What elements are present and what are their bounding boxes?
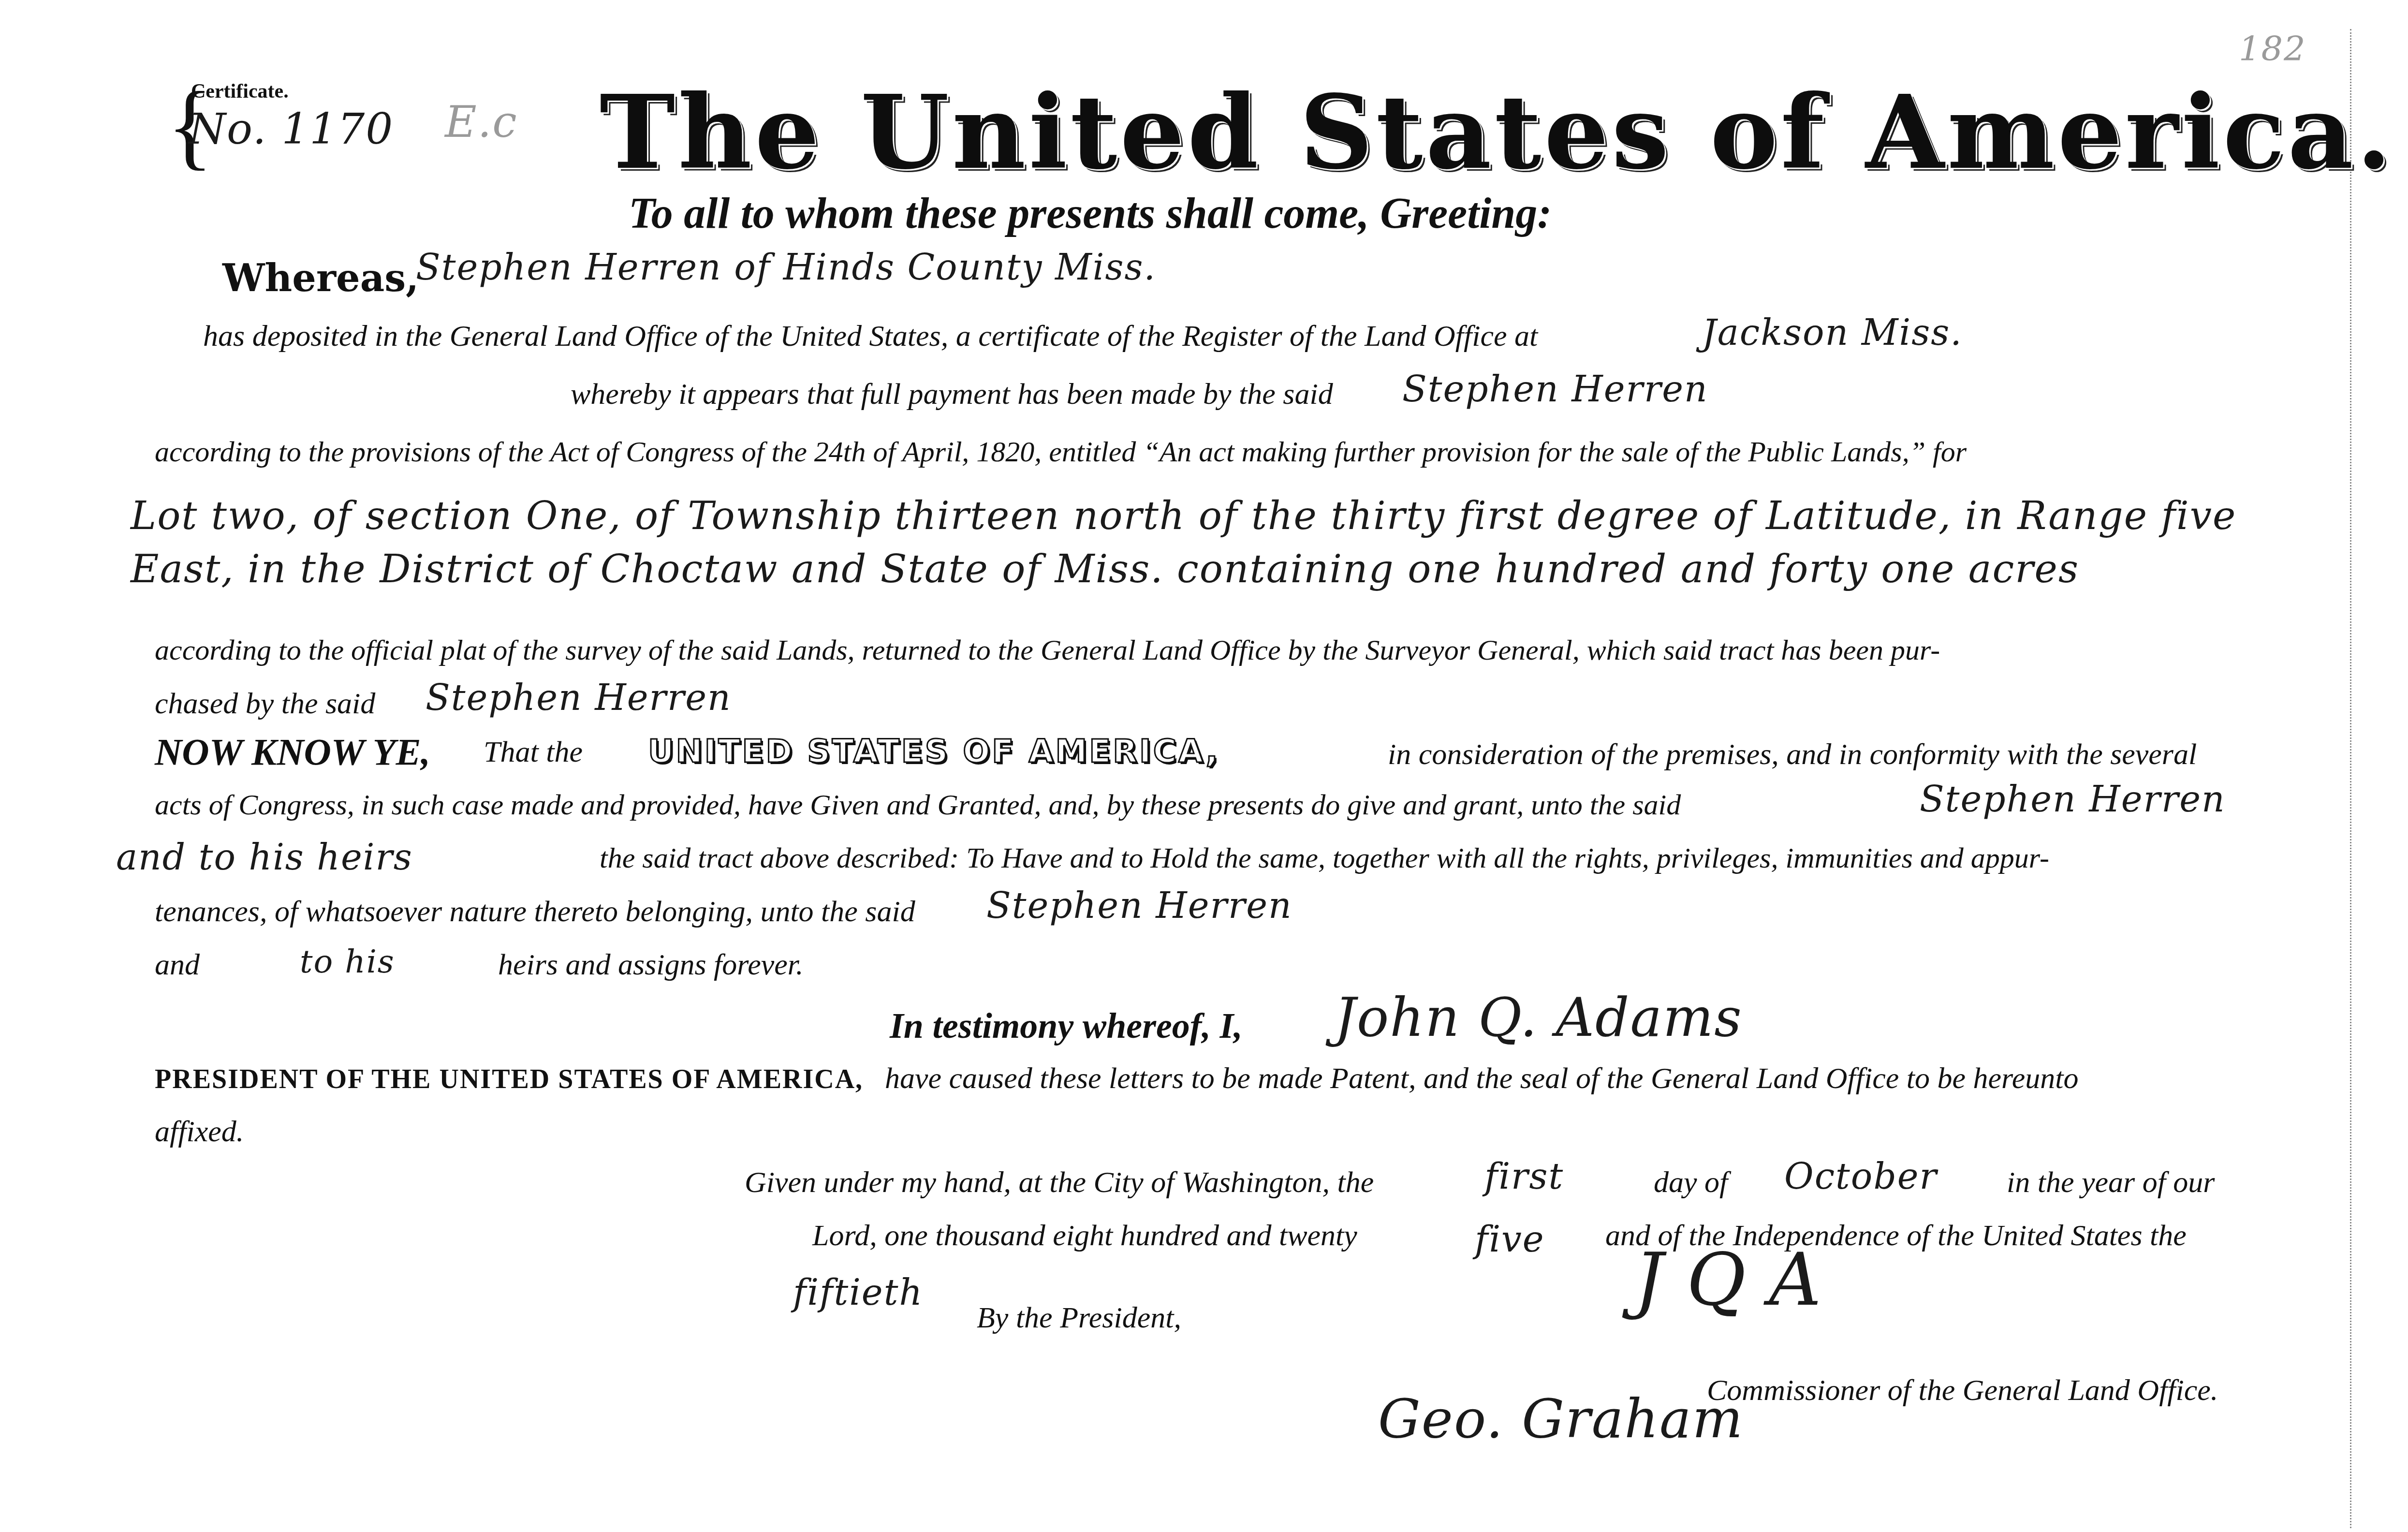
day-word: first <box>1484 1156 1564 1197</box>
body-line-3: according to the provisions of the Act o… <box>155 435 1967 469</box>
body-line-10: heirs and assigns forever. <box>498 948 803 982</box>
grantee-name-3: Stephen Herren <box>986 885 1292 927</box>
body-line-1: has deposited in the General Land Office… <box>203 319 1538 354</box>
by-the-president: By the President, <box>977 1301 1181 1335</box>
body-line-9: tenances, of whatsoever nature thereto b… <box>155 895 915 929</box>
usa-outline-text: UNITED STATES OF AMERICA, <box>648 733 1219 770</box>
and-word: and <box>155 948 200 982</box>
commissioner-title: Commissioner of the General Land Office. <box>1707 1373 2218 1408</box>
document-title: The United States of America. <box>600 73 2394 192</box>
heirs-insert: and to his heirs <box>116 837 413 878</box>
margin-note: E.c <box>445 97 518 147</box>
land-description-1: Lot two, of section One, of Township thi… <box>131 493 2236 538</box>
land-office-name: Jackson Miss. <box>1702 312 1963 354</box>
testimony-label: In testimony whereof, I, <box>890 1006 1243 1047</box>
to-his-insert: to his <box>300 943 395 980</box>
independence-year: fiftieth <box>793 1272 923 1313</box>
body-line-5: chased by the said <box>155 687 375 721</box>
greeting-line: To all to whom these presents shall come… <box>629 189 1552 238</box>
month-word: October <box>1784 1156 1938 1197</box>
page-number: 182 <box>2239 29 2306 69</box>
purchaser-name: Stephen Herren <box>426 677 732 719</box>
given-line-1: Given under my hand, at the City of Wash… <box>745 1165 1374 1200</box>
given-line-2: Lord, one thousand eight hundred and twe… <box>812 1219 1357 1253</box>
president-title: PRESIDENT OF THE UNITED STATES OF AMERIC… <box>155 1064 863 1095</box>
that-the: That the <box>484 735 583 769</box>
payer-name: Stephen Herren <box>1402 368 1708 410</box>
body-line-8: the said tract above described: To Have … <box>600 841 2049 875</box>
grantee-name-2: Stephen Herren <box>1920 779 2226 820</box>
grantee-line: Stephen Herren of Hinds County Miss. <box>416 247 1156 288</box>
whereas-label: Whereas, <box>222 256 419 300</box>
body-line-2: whereby it appears that full payment has… <box>571 377 1333 412</box>
land-description-2: East, in the District of Choctaw and Sta… <box>131 546 2079 591</box>
certificate-number: No. 1170 <box>189 104 394 154</box>
body-line-4: according to the official plat of the su… <box>155 633 1940 667</box>
year-word: five <box>1475 1219 1545 1260</box>
certificate-label: Certificate. <box>191 80 289 103</box>
commissioner-signature: Geo. Graham <box>1378 1388 1744 1450</box>
year-of-our: in the year of our <box>2007 1165 2215 1200</box>
president-initials: J Q A <box>1634 1238 1821 1322</box>
right-margin-rule <box>2350 29 2351 1528</box>
affixed-word: affixed. <box>155 1115 244 1149</box>
day-of: day of <box>1654 1165 1728 1200</box>
now-know-ye: NOW KNOW YE, <box>155 730 430 774</box>
body-line-6: in consideration of the premises, and in… <box>1388 737 2197 772</box>
president-signature-name: John Q. Adams <box>1335 987 1743 1048</box>
testimony-rest: have caused these letters to be made Pat… <box>885 1061 2079 1096</box>
body-line-7: acts of Congress, in such case made and … <box>155 788 1681 822</box>
